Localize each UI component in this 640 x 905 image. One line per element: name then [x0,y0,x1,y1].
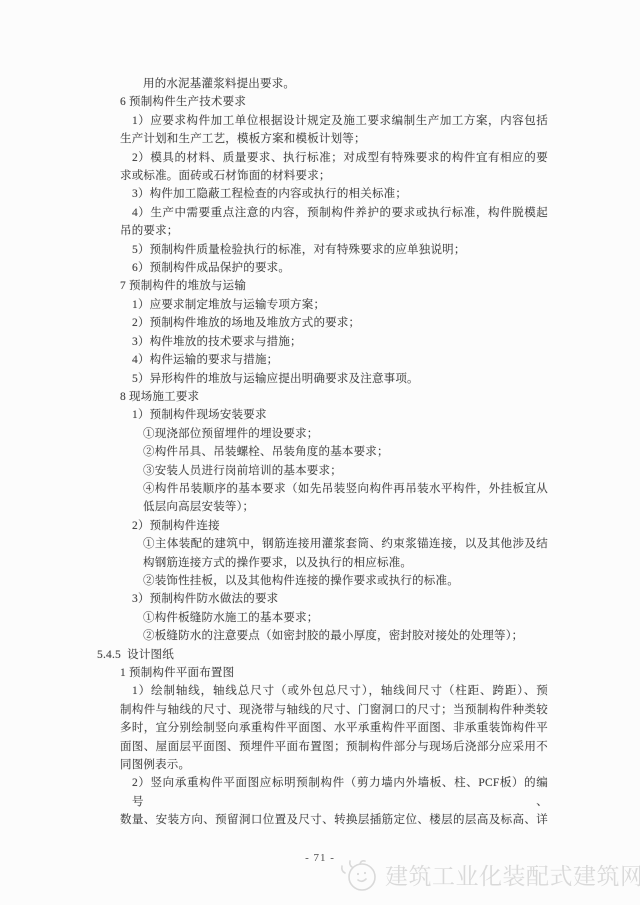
document-line: 2）模具的材料、质量要求、执行标准；对成型有特殊要求的构件宜有相应的要 [97,149,548,167]
document-line: ④构件吊装顺序的基本要求（如先吊装竖向构件再吊装水平构件，外挂板宜从 [97,480,548,498]
document-body: 用的水泥基灌浆料提出要求。6 预制构件生产技术要求1）应要求构件加工单位根据设计… [97,75,548,830]
document-line: 4）生产中需要重点注意的内容，预制构件养护的要求或执行标准，构件脱模起 [97,204,548,222]
document-line: 8 现场施工要求 [97,388,548,406]
document-line: 6）预制构件成品保护的要求。 [97,259,548,277]
document-line: 3）构件加工隐蔽工程检查的内容或执行的相关标准； [97,185,548,203]
document-line: ①主体装配的建筑中，钢筋连接用灌浆套筒、约束浆锚连接，以及其他涉及结 [97,535,548,553]
document-line: 用的水泥基灌浆料提出要求。 [97,75,548,93]
document-line: ①构件板缝防水施工的基本要求； [97,609,548,627]
document-line: 5）预制构件质量检验执行的标准，对有特殊要求的应单独说明； [97,241,548,259]
document-line: 制构件与轴线的尺寸、现浇带与轴线的尺寸、门窗洞口的尺寸；当预制构件种类较 [97,701,548,719]
document-line: ①现浇部位预留埋件的埋设要求； [97,425,548,443]
document-line: 2）预制构件连接 [97,517,548,535]
document-line: 吊的要求； [97,222,548,240]
document-line: ③安装人员进行岗前培训的基本要求； [97,462,548,480]
document-line: 生产计划和生产工艺，模板方案和模板计划等； [97,130,548,148]
document-line: 2）预制构件堆放的场地及堆放方式的要求； [97,314,548,332]
document-line: 面图、屋面层平面图、预埋件平面布置图；预制构件部分与现场后浇部分应采用不 [97,738,548,756]
document-line: 4）构件运输的要求与措施； [97,351,548,369]
page-footer: - 71 - [0,848,640,866]
document-line: 求或标准。面砖或石材饰面的材料要求； [97,167,548,185]
document-line: 1）预制构件现场安装要求 [97,406,548,424]
document-line: 7 预制构件的堆放与运输 [97,277,548,295]
document-line: 低层向高层安装等）； [97,498,548,516]
document-line: 多时，宜分别绘制竖向承重构件平面图、水平承重构件平面图、非承重装饰构件平 [97,719,548,737]
document-line: 1）应要求制定堆放与运输专项方案； [97,296,548,314]
document-page: 用的水泥基灌浆料提出要求。6 预制构件生产技术要求1）应要求构件加工单位根据设计… [0,0,640,905]
document-line: 同图例表示。 [97,756,548,774]
document-line: 3）预制构件防水做法的要求 [97,590,548,608]
page-number: - 71 - [305,852,335,864]
document-line: 数量、安装方向、预留洞口位置及尺寸、转换层插筋定位、楼层的层高及标高、详 [97,811,548,829]
document-line: 2）竖向承重构件平面图应标明预制构件（剪力墙内外墙板、柱、PCF板）的编号、 [97,774,548,811]
document-line: 6 预制构件生产技术要求 [97,93,548,111]
document-line: 1）应要求构件加工单位根据设计规定及施工要求编制生产加工方案，内容包括 [97,112,548,130]
document-line: 1 预制构件平面布置图 [97,664,548,682]
document-line: 3）构件堆放的技术要求与措施； [97,333,548,351]
document-line: 5）异形构件的堆放与运输应提出明确要求及注意事项。 [97,370,548,388]
document-line: ②构件吊具、吊装螺栓、吊装角度的基本要求； [97,443,548,461]
document-line: ②板缝防水的注意要点（如密封胶的最小厚度，密封胶对接处的处理等）； [97,627,548,645]
document-line: 1）绘制轴线，轴线总尺寸（或外包总尺寸），轴线间尺寸（柱距、跨距）、预 [97,682,548,700]
document-line: 构钢筋连接方式的操作要求，以及执行的相应标准。 [97,554,548,572]
document-line: ②装饰性挂板，以及其他构件连接的操作要求或执行的标准。 [97,572,548,590]
document-line: 5.4.5 设计图纸 [97,646,548,664]
